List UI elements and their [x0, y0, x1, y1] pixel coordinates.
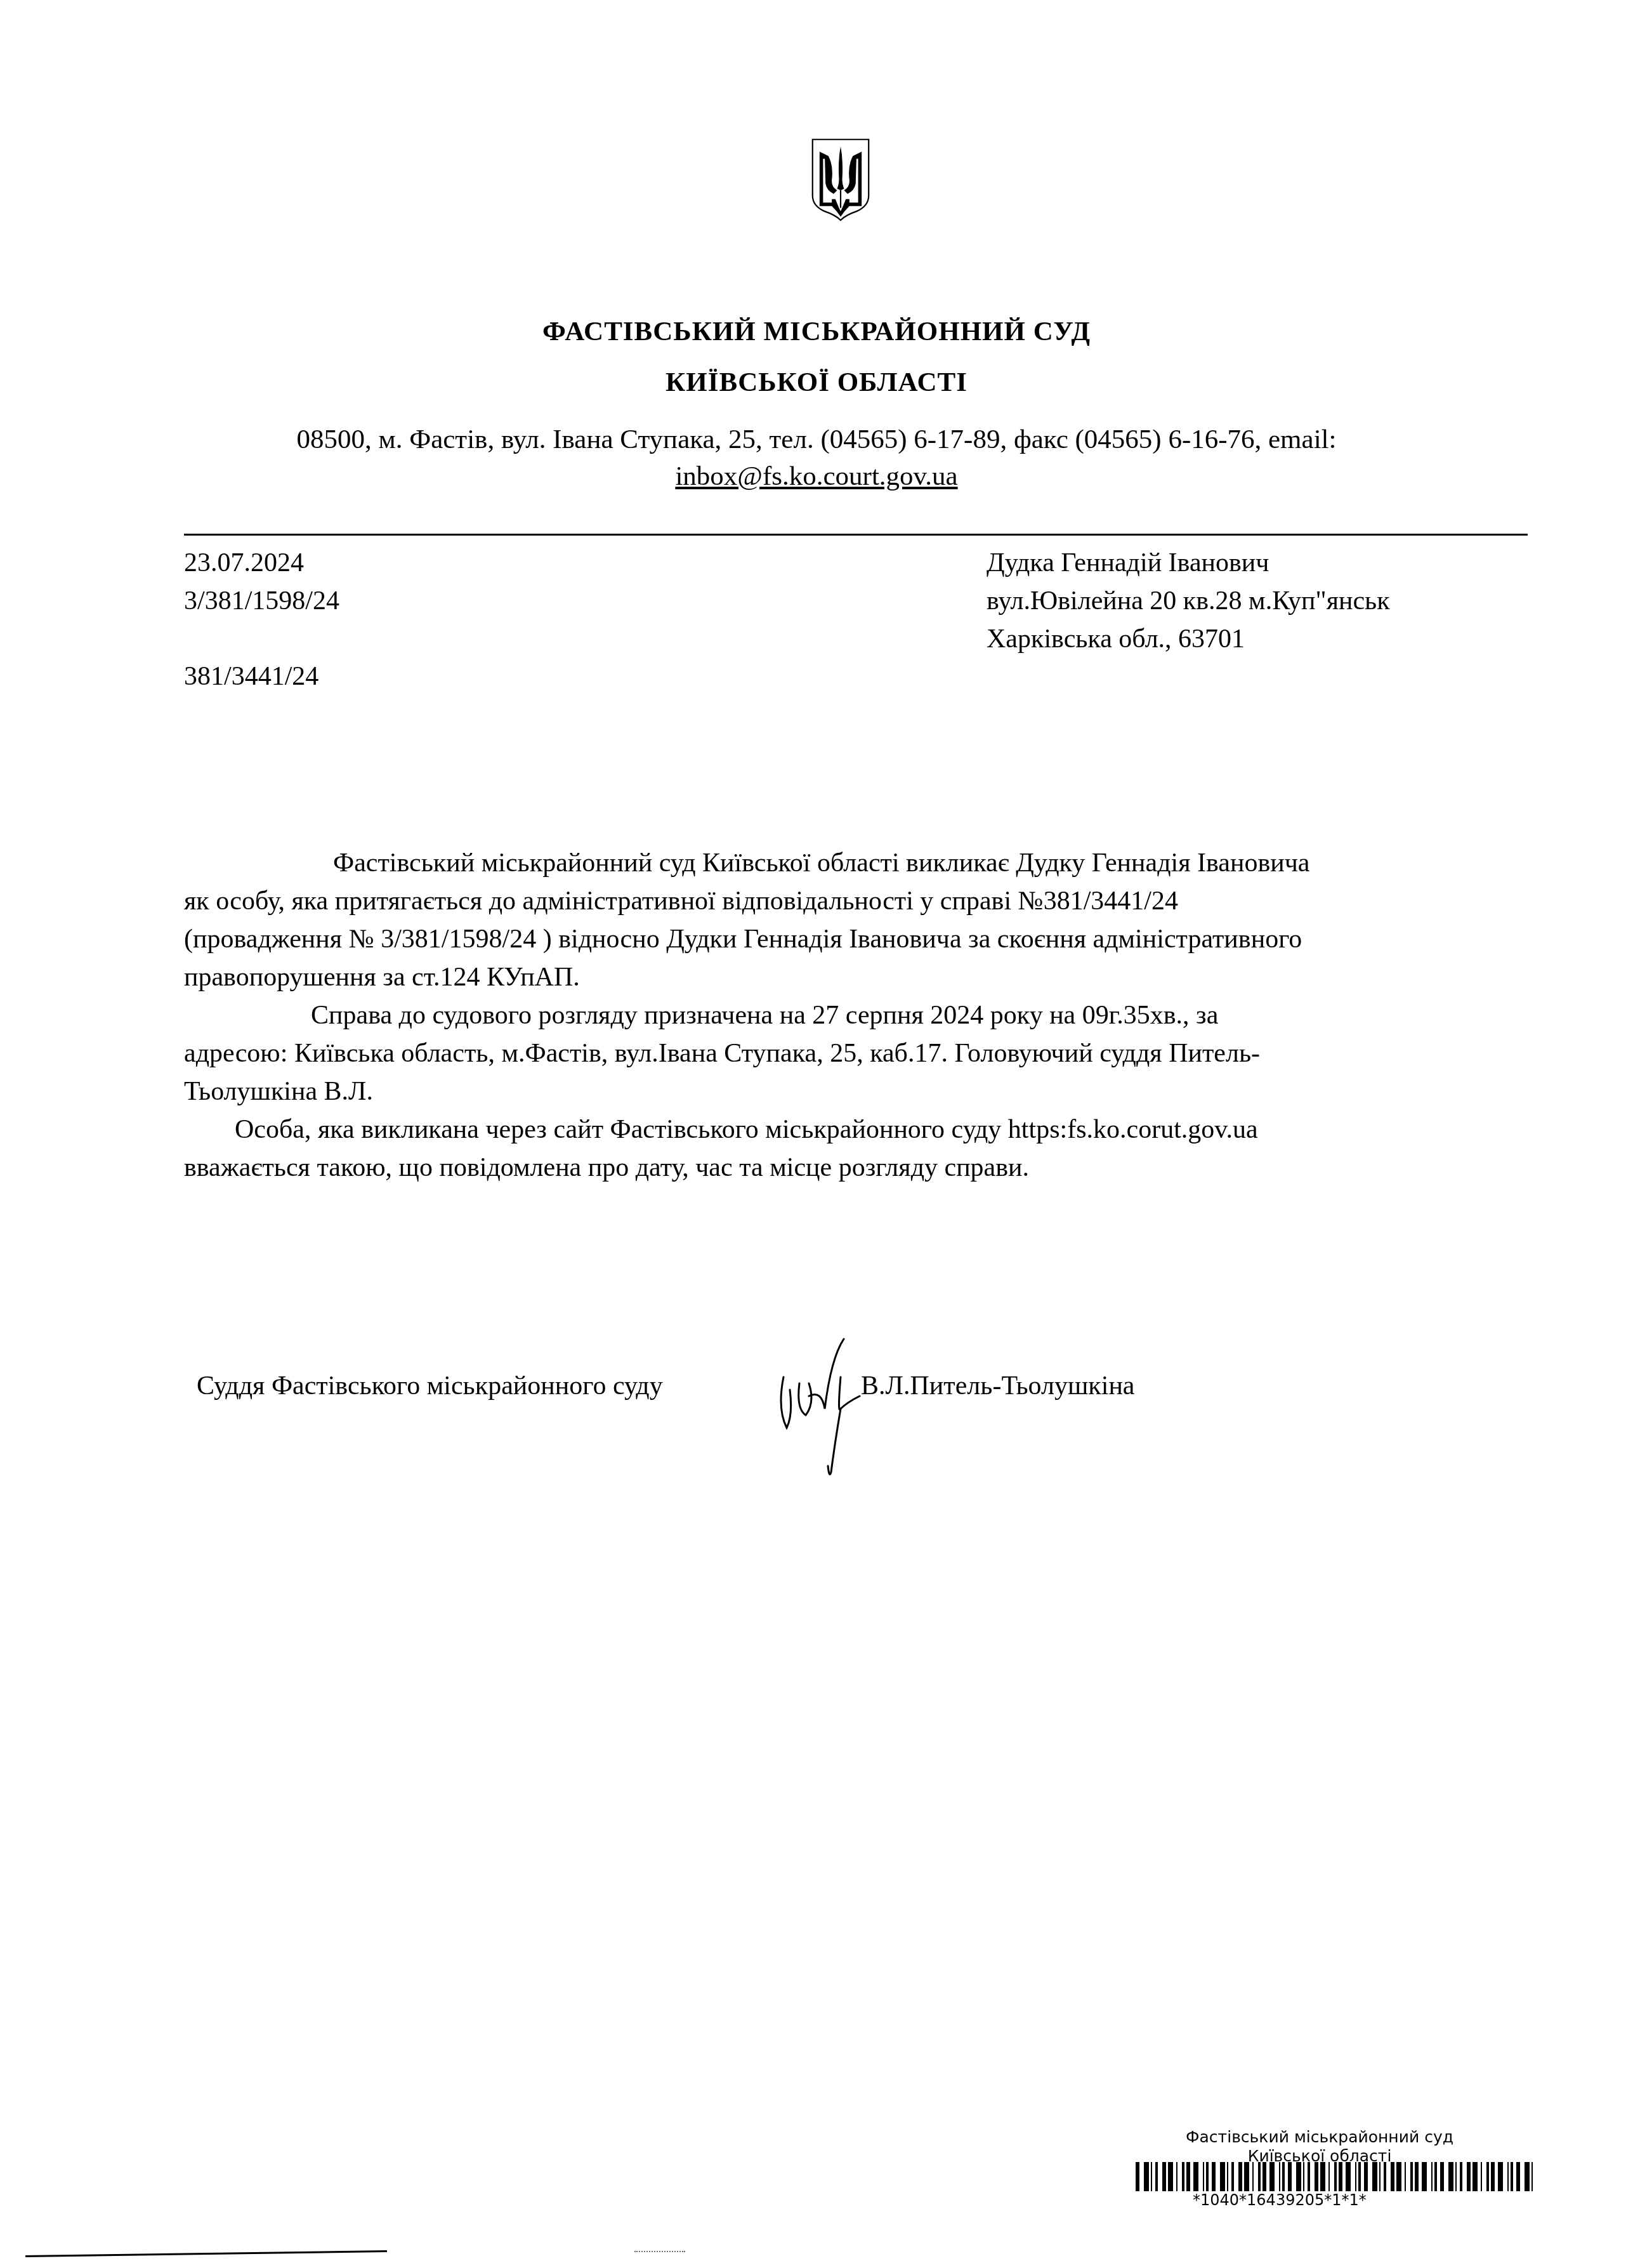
- signature-title: Суддя Фастівського міськрайонного суду: [197, 1371, 663, 1401]
- body-line: як особу, яка притягається до адміністра…: [184, 882, 1535, 920]
- body-line: адресою: Київська область, м.Фастів, вул…: [184, 1034, 1535, 1072]
- body-line: Тьолушкіна В.Л.: [184, 1072, 1535, 1111]
- barcode: [1136, 2162, 1535, 2191]
- recipient-address-line2: Харківська обл., 63701: [987, 626, 1245, 652]
- scan-artifact-dots: [634, 2251, 685, 2253]
- court-email-link[interactable]: inbox@fs.ko.court.gov.ua: [675, 461, 957, 491]
- barcode-number: *1040*16439205*1*1*: [1193, 2191, 1367, 2209]
- header-divider: [184, 534, 1528, 536]
- recipient-address-line1: вул.Ювілейна 20 кв.28 м.Куп"янськ: [987, 588, 1390, 614]
- body-line: Особа, яка викликана через сайт Фастівсь…: [184, 1111, 1535, 1149]
- summons-body: Фастівський міськрайонний суд Київської …: [184, 844, 1535, 1187]
- court-name-line2: КИЇВСЬКОЇ ОБЛАСТІ: [0, 367, 1633, 398]
- court-contact-line: 08500, м. Фастів, вул. Івана Ступака, 25…: [0, 424, 1633, 455]
- proceeding-number: 3/381/1598/24: [184, 588, 339, 614]
- stamp-court-name: Фастівський міськрайонний суд: [1161, 2128, 1478, 2146]
- recipient-name: Дудка Геннадій Іванович: [987, 550, 1269, 576]
- body-line: правопорушення за ст.124 КУпАП.: [184, 958, 1535, 996]
- body-line: вважається такою, що повідомлена про дат…: [184, 1149, 1535, 1187]
- case-number: 381/3441/24: [184, 663, 318, 690]
- body-line: Фастівський міськрайонний суд Київської …: [184, 844, 1535, 882]
- handwritten-signature: [771, 1320, 898, 1485]
- body-line: Справа до судового розгляду призначена н…: [184, 996, 1535, 1034]
- scan-artifact-line: [25, 2250, 387, 2257]
- body-line: (провадження № 3/381/1598/24 ) відносно …: [184, 920, 1535, 958]
- document-date: 23.07.2024: [184, 550, 304, 576]
- court-name-line1: ФАСТІВСЬКИЙ МІСЬКРАЙОННИЙ СУД: [0, 316, 1633, 347]
- court-email-row: inbox@fs.ko.court.gov.ua: [0, 461, 1633, 492]
- ukraine-coat-of-arms-icon: [811, 138, 870, 222]
- judge-name: В.Л.Питель-Тьолушкіна: [861, 1371, 1135, 1401]
